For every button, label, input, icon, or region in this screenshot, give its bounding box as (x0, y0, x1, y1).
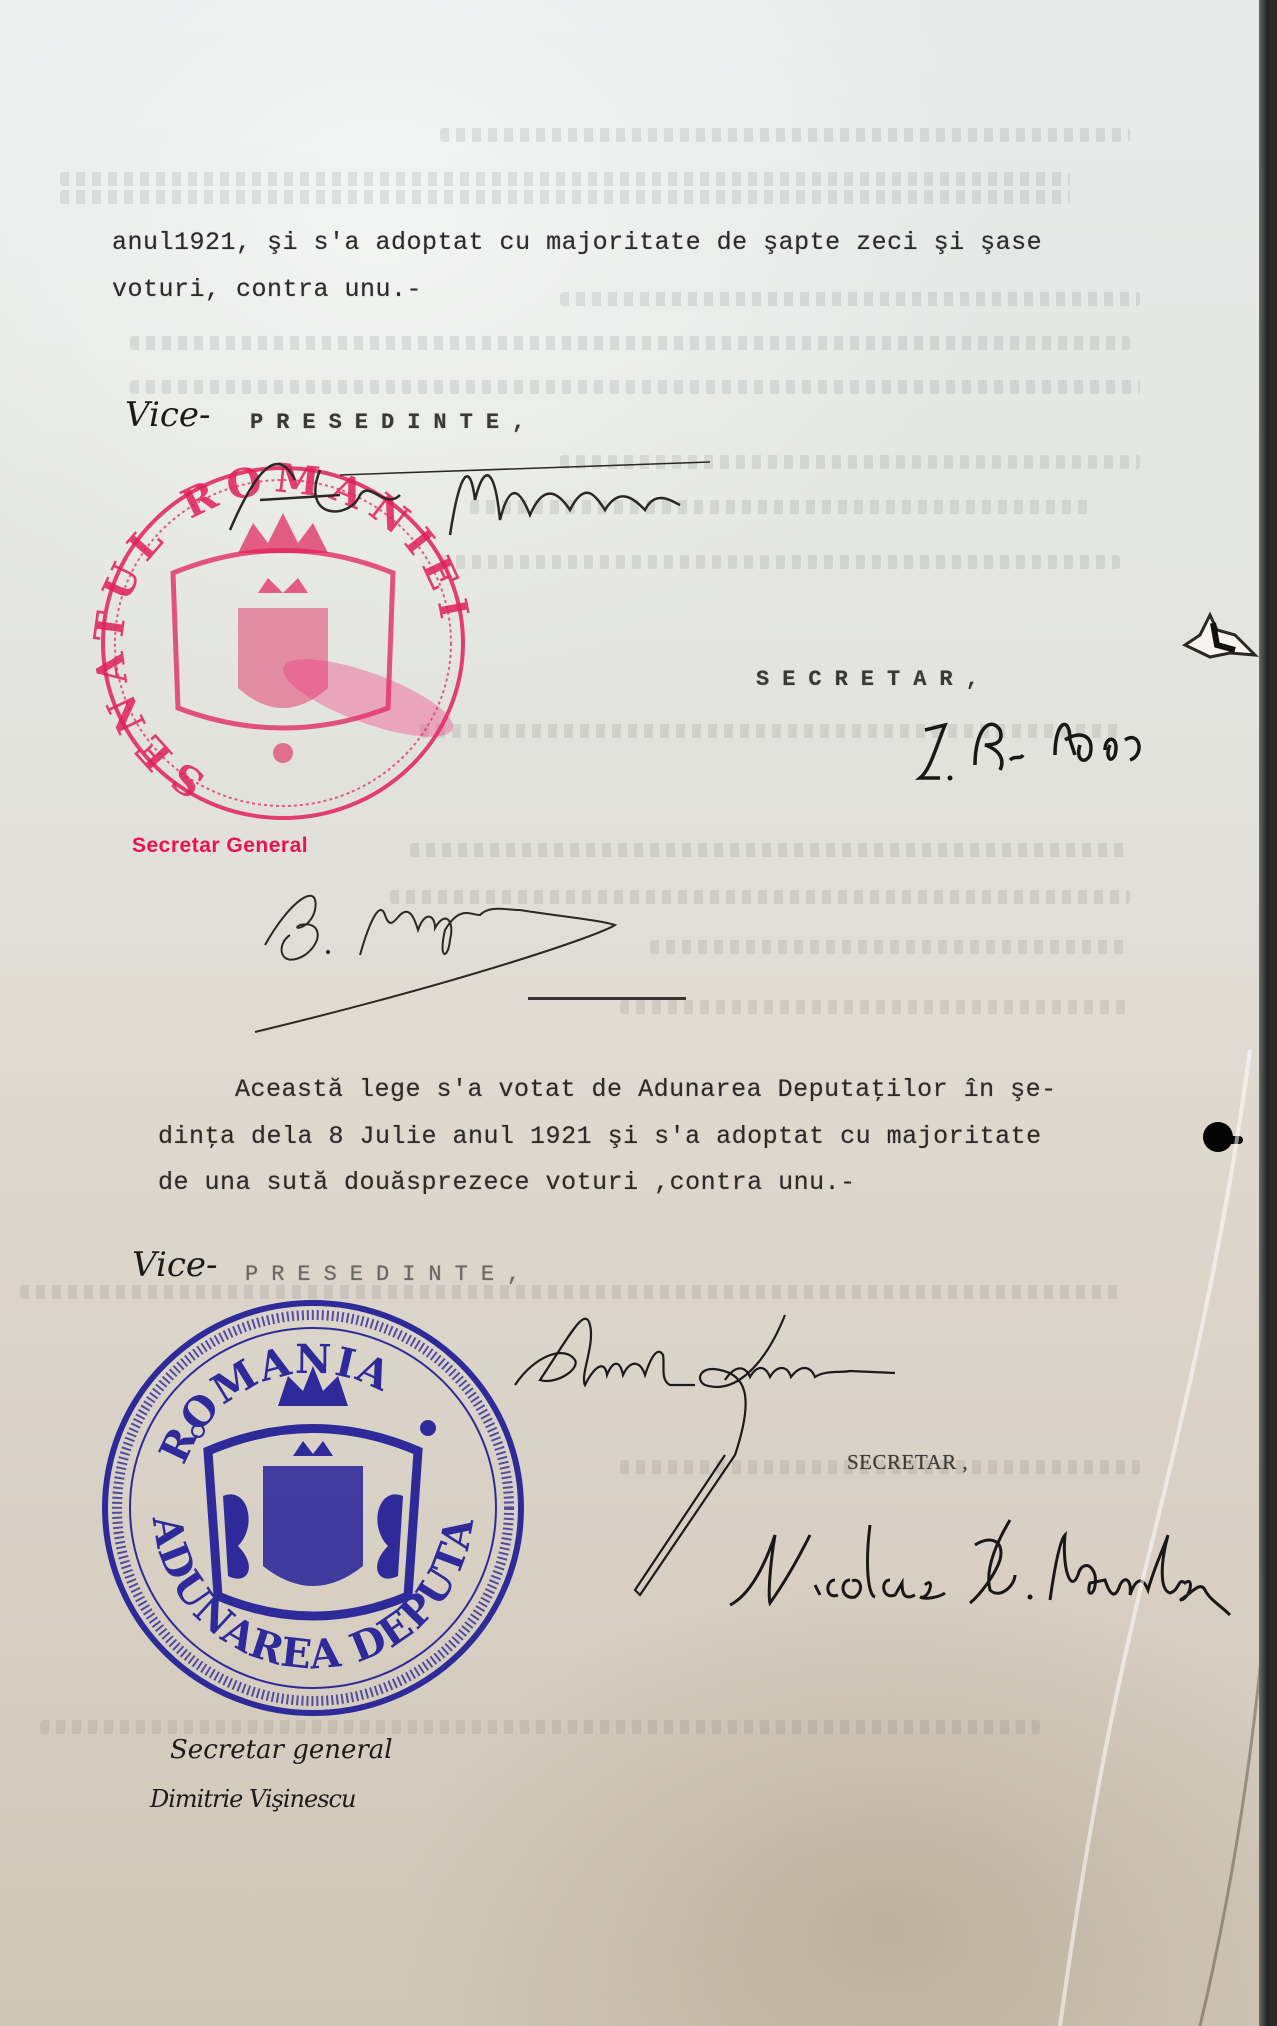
deputies-secretary-signature-text: Nicolae G. Manolescu (760, 1560, 771, 1561)
senate-text-line-2: voturi, contra unu.- (112, 275, 422, 304)
senate-president-title: PRESEDINTE, (250, 410, 538, 435)
secretary-general-signature (220, 860, 640, 1060)
paper-crease (1000, 1050, 1268, 2026)
deputies-secretary-title: SECRETAR , (847, 1450, 968, 1475)
paper-tear-icon (1175, 605, 1265, 665)
bleed-through-line (60, 190, 1070, 204)
bleed-through-line (440, 128, 1130, 142)
deputies-vice-handwritten: Vice- (132, 1245, 217, 1285)
deputies-secretary-general-note-line2: Dimitrie Vişinescu (150, 1785, 355, 1813)
deputies-text-line-1: Această lege s'a votat de Adunarea Deput… (235, 1075, 1057, 1104)
section-divider (528, 997, 686, 1000)
senate-vice-handwritten: Vice- (125, 395, 210, 435)
bleed-through-line (440, 555, 1120, 569)
senate-president-signature (200, 440, 720, 550)
page-edge (1259, 0, 1268, 2026)
bleed-through-line (130, 380, 1140, 394)
senate-secretary-signature-text: I. Br. Hodoş (930, 730, 936, 731)
senate-text-line-1: anul1921, şi s'a adoptat cu majoritate d… (112, 228, 1042, 257)
bleed-through-line (60, 172, 1070, 186)
bleed-through-line (410, 843, 1130, 857)
deputies-president-title: PRESEDINTE, (245, 1262, 533, 1287)
secretary-general-stamp: Secretar General (132, 834, 308, 858)
bleed-through-line (560, 292, 1140, 306)
bleed-through-line (40, 1720, 1040, 1734)
bleed-through-line (650, 940, 1130, 954)
bleed-through-line (620, 1000, 1130, 1014)
deputies-seal-icon: ROMANIA ADUNAREA DEPUTAŢILOR (98, 1296, 528, 1720)
svg-text:ROMANIA: ROMANIA (150, 1336, 399, 1470)
deputies-text-line-2: dinţa dela 8 Julie anul 1921 şi s'a adop… (158, 1122, 1042, 1151)
senate-secretary-signature (905, 700, 1185, 790)
bleed-through-line (130, 336, 1130, 350)
deputies-text-line-3: de una sută douăsprezece voturi ,contra … (158, 1168, 856, 1197)
senate-president-signature-text: Arion Meitani (340, 463, 347, 464)
document-page: anul1921, şi s'a adoptat cu majoritate d… (0, 0, 1268, 2026)
secretary-general-signature-text: B. Angelescu (320, 890, 327, 891)
deputies-secretary-general-note-line1: Secretar general (170, 1735, 393, 1765)
deputies-president-signature-text: Dimit Goran (520, 1350, 526, 1351)
senate-secretary-title: SECRETAR, (756, 667, 992, 692)
